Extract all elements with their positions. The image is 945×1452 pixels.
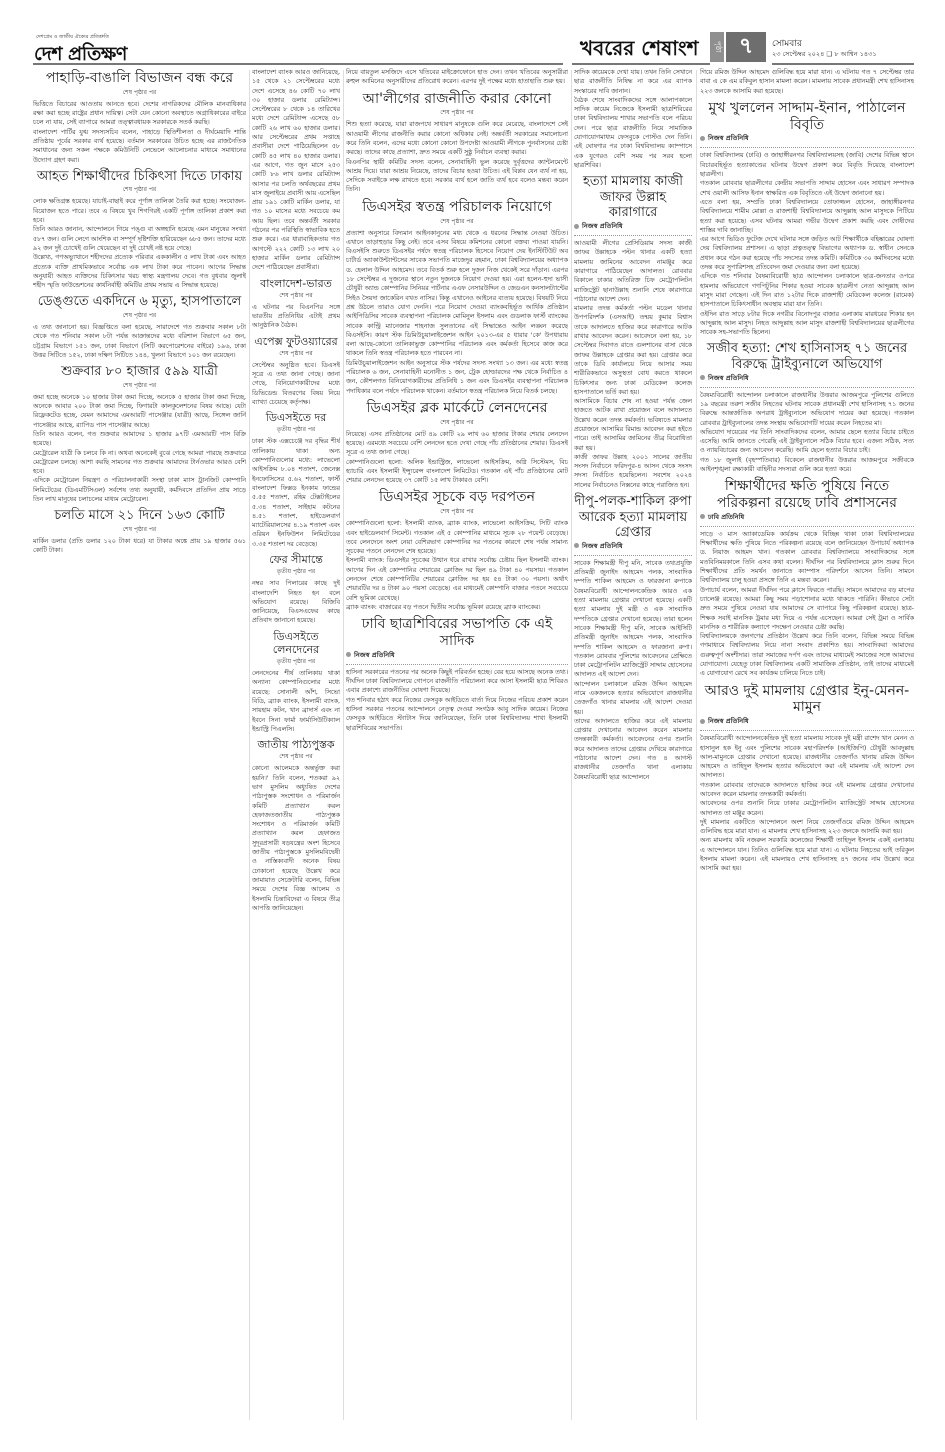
story-headline[interactable]: দীপু-পলক-শাকিল রুপা আরেক হত্যা মামলায় গ…	[574, 494, 692, 541]
page-label-tab: পৃষ্ঠা	[710, 32, 724, 62]
paragraph: মামলার তদন্ত কর্মকর্তা পল্টন মডেল থানার …	[574, 304, 692, 397]
masthead-logo-block: দেশপ্রেম ও জাতীয় ঐক্যের প্রতিশ্রুতি দেশ…	[30, 30, 240, 60]
story-injured-students[interactable]: আহত শিক্ষার্থীদের চিকিৎসা দিতে ঢাকায় শে…	[33, 169, 246, 291]
jump-line: শেষ পৃষ্ঠার পর	[346, 216, 568, 227]
jump-line: শেষ পৃষ্ঠার পর	[33, 524, 246, 535]
page-number: ৭	[726, 32, 766, 62]
paragraph: এর আগে ভিডিও ফুটেজ দেখে ঘটনার সঙ্গে জড়ি…	[700, 235, 914, 272]
paragraph: এদিকে গত শনিবার বৈষম্যবিরোধী ছাত্র আন্দো…	[700, 272, 914, 309]
paragraph: ঢাকা স্টক এক্সচেঞ্জে দর বৃদ্ধির শীর্ষ তা…	[252, 437, 340, 549]
story-headline[interactable]: বাংলাদেশ-ভারত	[252, 277, 340, 290]
paragraph: বিএনপির স্থায়ী কমিটির সদস্য বলেন, সেনাব…	[346, 158, 568, 195]
story-body: কোনো আলেমকে অন্তর্ভুক্ত করা হয়নি।' তিনি…	[252, 764, 340, 913]
paragraph: গত শনিবার হঠাৎ করে নিজের ফেসবুক আইডিতে ব…	[346, 696, 568, 733]
story-kazi-zafar-ullah[interactable]: হত্যা মামলায় কাজী জাফর উল্লাহ কারাগারে …	[574, 174, 692, 490]
jump-line: শেষ পৃষ্ঠার পর	[33, 310, 246, 321]
story-body: সাবেক শিক্ষামন্ত্রী দীপু মনি, সাবেক তথ্য…	[574, 559, 692, 782]
paragraph: বাংলাদেশ পার্টির যুগ্ম সদস্যসচিব বলেন, প…	[33, 128, 246, 165]
bullet-icon	[700, 136, 705, 141]
story-body: লেনদেনের শীর্ষ তালিকায় থাকা অন্যান্য কো…	[252, 669, 340, 734]
paragraph: ব্র্যাক ব্যাংক: বাজারের বড় পতনে দ্বিতীয…	[346, 603, 568, 612]
story-headline[interactable]: হত্যা মামলায় কাজী জাফর উল্লাহ কারাগারে	[574, 174, 692, 221]
column-5: গিয়ে রমিজ উদ্দিন আহমেদ গুলিবিদ্ধ হয়ে ম…	[700, 68, 914, 1428]
jump-line: তৃতীয় পৃষ্ঠার পর	[252, 424, 340, 435]
date-rule	[772, 63, 914, 65]
byline: নিজস্ব প্রতিনিধি	[700, 133, 914, 148]
story-sajib-murder[interactable]: সজীব হত্যা: শেখ হাসিনাসহ ৭১ জনের বিরুদ্ধ…	[700, 341, 914, 474]
byline-text: নিজস্ব প্রতিনিধি	[708, 134, 749, 142]
paragraph: উপাচার্য বলেন, আমরা দীর্ঘদিন পরে ক্লাসে …	[700, 586, 914, 632]
paragraph: লেনদেনের শীর্ষ তালিকায় থাকা অন্যান্য কো…	[252, 669, 340, 734]
story-dse-price[interactable]: ডিএসইতে দর তৃতীয় পৃষ্ঠার পর ঢাকা স্টক এ…	[252, 411, 340, 549]
byline: নিজস্ব প্রতিনিধি	[574, 541, 692, 556]
paragraph: কোনো আলেমকে অন্তর্ভুক্ত করা হয়নি।' তিনি…	[252, 764, 340, 913]
paragraph: বৈঠক শেষে সাংবাদিকদের সঙ্গে আলাপকালে সাদ…	[574, 96, 692, 170]
paragraph: নিয়ে বায়তুল মসজিদে এসে খতিবের মাইক্রোফ…	[346, 68, 568, 87]
jump-line: তৃতীয় পৃষ্ঠার পর	[252, 566, 340, 577]
story-remittance-cont: বাংলাদেশ ব্যাংক আরও জানিয়েছে, ১৫ থেকে ২…	[252, 68, 340, 273]
paragraph: কোম্পানিগুলো হলো: ইসলামী ব্যাংক, ব্র্যাক…	[346, 519, 568, 556]
paragraph: প্রত্যাশা অনুসারে বিদ্যমান আইনকানুনের মধ…	[346, 229, 568, 359]
story-ramij-cont: গিয়ে রমিজ উদ্দিন আহমেদ গুলিবিদ্ধ হয়ে ম…	[700, 68, 914, 96]
paragraph: গিয়ে রমিজ উদ্দিন আহমেদ গুলিবিদ্ধ হয়ে ম…	[700, 68, 914, 96]
bullet-icon	[700, 514, 705, 519]
story-body: আওয়ামী লীগের প্রেসিডিয়াম সদস্য কাজী জা…	[574, 239, 692, 490]
paragraph: গত ১৮ জুলাই (বৃহস্পতিবার) বিকেলে রাজধানী…	[700, 456, 914, 475]
paragraph: বিশ্ববিদ্যালয়কে জনগণের প্রতিষ্ঠান উল্লে…	[700, 632, 914, 678]
story-dse-transactions[interactable]: ডিএসইতে লেনদেনের তৃতীয় পৃষ্ঠার পর লেনদে…	[252, 630, 340, 734]
story-inu-menon-mamun[interactable]: আরও দুই মামলায় গ্রেপ্তার ইনু-মেনন-মামুন…	[700, 683, 914, 874]
paragraph: কাজী জাফর উল্লাহ ২০০১ সালের জাতীয় সংসদ …	[574, 453, 692, 490]
jump-line: শেষ পৃষ্ঠার পর	[346, 107, 568, 118]
story-body: শিশু হত্যা করেছে, যারা রাজপথে সাধারণ মান…	[346, 120, 568, 194]
bullet-icon	[574, 543, 579, 548]
story-headline[interactable]: আ'লীগের রাজনীতি করার কোনো	[346, 91, 568, 108]
paragraph: তিনি আরও বলেন, গত শুক্রবার আমাদের ১ হাজা…	[33, 430, 246, 449]
paragraph: বাংলাদেশ ব্যাংক আরও জানিয়েছে, ১৫ থেকে ২…	[252, 68, 340, 273]
story-headline[interactable]: ডিএসইর স্বতন্ত্র পরিচালক নিয়োগে	[346, 199, 568, 216]
story-headline[interactable]: ডিএসইতে লেনদেনের	[252, 630, 340, 656]
story-apex-footwear[interactable]: এপেক্স ফুটওয়্যারের শেষ পৃষ্ঠার পর সেপ্ট…	[252, 335, 340, 408]
story-headline[interactable]: ডিএসইতে দর	[252, 411, 340, 424]
paragraph: এতে বলা হয়, সম্প্রতি ঢাকা বিশ্ববিদ্যালয…	[700, 198, 914, 235]
paragraph: সাড়ে ৩ মাস অ্যাকাডেমিক কার্যক্রম থেকে ব…	[700, 530, 914, 586]
paragraph: হাসিনা সরকারের পতনের পর অনেক কিছুই পরিবর…	[346, 668, 568, 696]
jump-line: শেষ পৃষ্ঠার পর	[346, 506, 568, 517]
story-body: প্রত্যাশা অনুসারে বিদ্যমান আইনকানুনের মধ…	[346, 229, 568, 396]
story-headline[interactable]: জাতীয় পাঠ্যপুস্তক	[252, 738, 340, 751]
story-dse-independent-director[interactable]: ডিএসইর স্বতন্ত্র পরিচালক নিয়োগে শেষ পৃষ…	[346, 199, 568, 396]
story-awami-league-politics[interactable]: আ'লীগের রাজনীতি করার কোনো শেষ পৃষ্ঠার পর…	[346, 91, 568, 195]
story-bangladesh-india[interactable]: বাংলাদেশ-ভারত শেষ পৃষ্ঠার পর এ ঘটনার পর …	[252, 277, 340, 331]
story-body: কোম্পানিগুলো হলো: ইসলামী ব্যাংক, ব্র্যাক…	[346, 519, 568, 612]
byline: ঢাবি প্রতিনিধি	[700, 512, 914, 527]
story-headline[interactable]: চলতি মাসে ২১ দিনে ১৬৩ কোটি	[33, 508, 246, 524]
story-headline[interactable]: ফের সীমান্তে	[252, 553, 340, 566]
story-body: সাদিক কায়েমকে দেখা যায়। তখন তিনি সেখান…	[574, 68, 692, 170]
story-headline[interactable]: ডিএসইর ব্লক মার্কেটে লেনদেনের	[346, 400, 568, 417]
story-body: নম্বর সাব পিলারের কাছে দুই বাংলাদেশি নিহ…	[252, 579, 340, 625]
column-divider	[343, 70, 344, 1420]
jump-line: শেষ পৃষ্ঠার পর	[33, 184, 246, 195]
paragraph: অভিযোগ দায়েরের পর তিনি সাংবাদিকদের বলেন…	[700, 428, 914, 456]
story-metro-passengers[interactable]: শুক্রবার ৮০ হাজার ৫৯৯ যাত্রী শেষ পৃষ্ঠার…	[33, 364, 246, 504]
story-dse-index-fall[interactable]: ডিএসইর সূচকে বড় দরপতন শেষ পৃষ্ঠার পর কো…	[346, 489, 568, 612]
jump-line: তৃতীয় পৃষ্ঠার পর	[252, 656, 340, 667]
story-body: ঢাকা স্টক এক্সচেঞ্জে দর বৃদ্ধির শীর্ষ তা…	[252, 437, 340, 549]
paragraph: মার্কিন ডলার (প্রতি ডলার ১২০ টাকা ধরে) য…	[33, 537, 246, 556]
jump-line: শেষ পৃষ্ঠার পর	[252, 751, 340, 762]
byline: নিজস্ব প্রতিনিধি	[346, 650, 568, 665]
byline-text: নিজস্ব প্রতিনিধি	[708, 717, 749, 725]
paragraph: আসামিকে বিচার শেষ না হওয়া পর্যন্ত জেল হ…	[574, 397, 692, 453]
paragraph: অন্য মামলায় কবি নজরুল সরকারি কলেজের শিক…	[700, 836, 914, 873]
story-sadik-cont: সাদিক কায়েমকে দেখা যায়। তখন তিনি সেখান…	[574, 68, 692, 170]
story-body: নিয়ে বায়তুল মসজিদে এসে খতিবের মাইক্রোফ…	[346, 68, 568, 87]
issue-date: ২৩ সেপ্টেম্বর ২০২৪ ❑ ৮ আশ্বিন ১৪৩১	[772, 49, 877, 60]
story-body: সাড়ে ৩ মাস অ্যাকাডেমিক কার্যক্রম থেকে ব…	[700, 530, 914, 679]
story-headline[interactable]: পাহাড়ি-বাঙালি বিভাজন বন্ধ করে	[33, 70, 246, 87]
paragraph: তিনি আরও জানান, আন্দোলনে গিয়ে পঙ্গু বা …	[33, 225, 246, 253]
story-headline[interactable]: মুখ খুললেন সাদ্দাম-ইনান, পাঠালেন বিবৃতি	[700, 100, 914, 134]
paragraph: এ তথ্য জানানো হয়। বিজ্ঞপ্তিতে বলা হয়েছ…	[33, 323, 246, 360]
paragraph: আন্দোলন চলাকালে রমিজ উদ্দিন আহমেদ নামে এ…	[574, 680, 692, 717]
column-3: নিয়ে বায়তুল মসজিদে এসে খতিবের মাইক্রোফ…	[346, 68, 568, 1428]
paragraph: মেট্রোরেল যাত্রী কি চলবে কি না। অথবা অনে…	[33, 449, 246, 477]
story-headline[interactable]: ডেঙ্গুতে একদিনে ৬ মৃত্যু, হাসপাতালে	[33, 294, 246, 310]
bullet-icon	[346, 652, 351, 657]
story-body: ঢাকা বিশ্ববিদ্যালয় (ঢাবি) ও জাহাঙ্গীরনগ…	[700, 151, 914, 337]
paragraph: তাদের আদালতে হাজির করে এই মামলায় গ্রেপ্…	[574, 717, 692, 782]
story-body: বৈষম্যবিরোধী আন্দোলনকেন্দ্রিক দুই হত্যা …	[700, 734, 914, 873]
byline-text: ঢাবি প্রতিনিধি	[708, 513, 744, 521]
story-border[interactable]: ফের সীমান্তে তৃতীয় পৃষ্ঠার পর নম্বর সাব…	[252, 553, 340, 626]
story-headline[interactable]: শুক্রবার ৮০ হাজার ৫৯৯ যাত্রী	[33, 364, 246, 380]
column-divider	[249, 70, 250, 1420]
jump-line: শেষ পৃষ্ঠার পর	[252, 348, 340, 359]
paragraph: নিয়েছে। এসব প্রতিষ্ঠানের মোট ৪৯ কোটি ২৯…	[346, 430, 568, 458]
story-shibir-president[interactable]: ঢাবি ছাত্রশিবিরের সভাপতি কে এই সাদিক নিজ…	[346, 616, 568, 733]
paragraph: ওইদিন রাত সাড়ে ৮টার দিকে নগরীর বিনোদপুর…	[700, 310, 914, 338]
column-2: বাংলাদেশ ব্যাংক আরও জানিয়েছে, ১৫ থেকে ২…	[252, 68, 340, 1428]
paragraph: ভিত্তিতে বিচারের আওতায় আনতে হবে। দেশের …	[33, 100, 246, 128]
story-headline[interactable]: এপেক্স ফুটওয়্যারের	[252, 335, 340, 348]
paragraph: লোক ক্ষতিগ্রস্ত হয়েছে। যাচাই-বাছাই করে …	[33, 197, 246, 225]
story-body: লোক ক্ষতিগ্রস্ত হয়েছে। যাচাই-বাছাই করে …	[33, 197, 246, 290]
paragraph: ঢাকা বিশ্ববিদ্যালয় (ঢাবি) ও জাহাঙ্গীরনগ…	[700, 151, 914, 179]
paragraph: বৈষম্যবিরোধী আন্দোলন চলাকালে রাজধানীর উত…	[700, 391, 914, 428]
story-body: নিয়েছে। এসব প্রতিষ্ঠানের মোট ৪৯ কোটি ২৯…	[346, 430, 568, 486]
story-body: ভিত্তিতে বিচারের আওতায় আনতে হবে। দেশের …	[33, 100, 246, 165]
story-headline[interactable]: সজীব হত্যা: শেখ হাসিনাসহ ৭১ জনের বিরুদ্ধ…	[700, 341, 914, 372]
paragraph: নম্বর সাব পিলারের কাছে দুই বাংলাদেশি নিহ…	[252, 579, 340, 625]
byline-text: নিজস্ব প্রতিনিধি	[354, 651, 395, 659]
story-du-students-loss[interactable]: শিক্ষার্থীদের ক্ষতি পুষিয়ে নিতে পরিকল্প…	[700, 478, 914, 678]
story-body: হাসিনা সরকারের পতনের পর অনেক কিছুই পরিবর…	[346, 668, 568, 733]
paragraph: এদিকে মেট্রোরেল নিয়ন্ত্রণ ও পরিচালনাকার…	[33, 476, 246, 504]
jump-line: শেষ পৃষ্ঠার পর	[33, 87, 246, 98]
column-divider	[571, 70, 572, 1420]
byline-text: নিজস্ব প্রতিনিধি	[582, 222, 623, 230]
bullet-icon	[574, 224, 579, 229]
paragraph: গতকাল রোববার তাদেরকে আদালতে হাজির করে এই…	[700, 781, 914, 800]
paragraph: বৈষম্যবিরোধী আন্দোলনকেন্দ্রিক দুই হত্যা …	[700, 734, 914, 780]
jump-line: শেষ পৃষ্ঠার পর	[33, 380, 246, 391]
paragraph: আবেদনের ওপর শুনানি নিয়ে ঢাকার মেট্রোপলি…	[700, 799, 914, 818]
story-saddam-inan[interactable]: মুখ খুললেন সাদ্দাম-ইনান, পাঠালেন বিবৃতি …	[700, 100, 914, 338]
paragraph: সাবেক শিক্ষামন্ত্রী দীপু মনি, সাবেক তথ্য…	[574, 559, 692, 680]
paragraph: ডিমিউচুয়ালাইজেশন আইন অনুসারে স্টক পর্ষদ…	[346, 359, 568, 396]
story-body: গিয়ে রমিজ উদ্দিন আহমেদ গুলিবিদ্ধ হয়ে ম…	[700, 68, 914, 96]
story-body: এ তথ্য জানানো হয়। বিজ্ঞপ্তিতে বলা হয়েছ…	[33, 323, 246, 360]
story-headline[interactable]: ডিএসইর সূচকে বড় দরপতন	[346, 489, 568, 506]
paragraph: কোম্পানিগুলো হলো: অলিক ইন্ডাস্ট্রিজ, লাভ…	[346, 458, 568, 486]
column-4: সাদিক কায়েমকে দেখা যায়। তখন তিনি সেখান…	[574, 68, 692, 1428]
story-headline[interactable]: আহত শিক্ষার্থীদের চিকিৎসা দিতে ঢাকায়	[33, 169, 246, 185]
column-1: পাহাড়ি-বাঙালি বিভাজন বন্ধ করে শেষ পৃষ্ঠ…	[33, 68, 246, 1428]
story-headline[interactable]: ঢাবি ছাত্রশিবিরের সভাপতি কে এই সাদিক	[346, 616, 568, 650]
byline-text: নিজস্ব প্রতিনিধি	[708, 374, 749, 382]
story-body: মার্কিন ডলার (প্রতি ডলার ১২০ টাকা ধরে) য…	[33, 537, 246, 556]
newspaper-page: দেশপ্রেম ও জাতীয় ঐক্যের প্রতিশ্রুতি দেশ…	[0, 0, 945, 1452]
story-pahari-bangali[interactable]: পাহাড়ি-বাঙালি বিভাজন বন্ধ করে শেষ পৃষ্ঠ…	[33, 70, 246, 165]
jump-line: শেষ পৃষ্ঠার পর	[252, 290, 340, 301]
byline: নিজস্ব প্রতিনিধি	[574, 221, 692, 236]
story-dengue[interactable]: ডেঙ্গুতে একদিনে ৬ মৃত্যু, হাসপাতালে শেষ …	[33, 294, 246, 360]
story-headline[interactable]: শিক্ষার্থীদের ক্ষতি পুষিয়ে নিতে পরিকল্প…	[700, 478, 914, 512]
section-rule	[572, 63, 710, 65]
story-body: সেপ্টেম্বর অনুষ্ঠিত হবে। ডিএসই সূত্রে এ …	[252, 361, 340, 407]
paragraph: সেপ্টেম্বর অনুষ্ঠিত হবে। ডিএসই সূত্রে এ …	[252, 361, 340, 407]
story-body: বাংলাদেশ ব্যাংক আরও জানিয়েছে, ১৫ থেকে ২…	[252, 68, 340, 273]
column-divider	[696, 70, 697, 1420]
masthead-rule	[33, 63, 563, 65]
bullet-icon	[700, 375, 705, 380]
byline-text: নিজস্ব প্রতিনিধি	[582, 542, 623, 550]
paragraph: জমা হচ্ছে অনেকে ১০ হাজার টাকা জমা দিচ্ছে…	[33, 393, 246, 430]
paragraph: দুই মামলার একটিতে আন্দোলনে অংশ নিয়ে তেজ…	[700, 818, 914, 837]
paragraph: এ ঘটনার পর বিএনপির সঙ্গে ভারতীয় প্রতিনি…	[252, 303, 340, 331]
story-remittance[interactable]: চলতি মাসে ২১ দিনে ১৬৩ কোটি শেষ পৃষ্ঠার প…	[33, 508, 246, 555]
story-body: বৈষম্যবিরোধী আন্দোলন চলাকালে রাজধানীর উত…	[700, 391, 914, 475]
story-textbook[interactable]: জাতীয় পাঠ্যপুস্তক শেষ পৃষ্ঠার পর কোনো আ…	[252, 738, 340, 913]
story-body: জমা হচ্ছে অনেকে ১০ হাজার টাকা জমা দিচ্ছে…	[33, 393, 246, 505]
paragraph: সাদিক কায়েমকে দেখা যায়। তখন তিনি সেখান…	[574, 68, 692, 96]
paragraph: ইসলামী ব্যাংক: ডিএসইর সূচকের উত্থান ধরে …	[346, 556, 568, 602]
paragraph: আওয়ামী লীগের প্রেসিডিয়াম সদস্য কাজী জা…	[574, 239, 692, 304]
bullet-icon	[700, 719, 705, 724]
story-dipu-palak-shakil[interactable]: দীপু-পলক-শাকিল রুপা আরেক হত্যা মামলায় গ…	[574, 494, 692, 782]
byline: নিজস্ব প্রতিনিধি	[700, 373, 914, 388]
story-mosque-cont: নিয়ে বায়তুল মসজিদে এসে খতিবের মাইক্রোফ…	[346, 68, 568, 87]
story-headline[interactable]: আরও দুই মামলায় গ্রেপ্তার ইনু-মেনন-মামুন	[700, 683, 914, 717]
paragraph: গতকাল রোববার ছাত্রলীগের কেন্দ্রীয় সভাপত…	[700, 179, 914, 198]
byline: নিজস্ব প্রতিনিধি	[700, 716, 914, 731]
paragraph: উল্লেখ্য, গণঅভ্যুত্থানে শহীদদের প্রত্যেক…	[33, 253, 246, 290]
paragraph: শিশু হত্যা করেছে, যারা রাজপথে সাধারণ মান…	[346, 120, 568, 157]
story-dse-block-market[interactable]: ডিএসইর ব্লক মার্কেটে লেনদেনের শেষ পৃষ্ঠা…	[346, 400, 568, 486]
story-body: এ ঘটনার পর বিএনপির সঙ্গে ভারতীয় প্রতিনি…	[252, 303, 340, 331]
jump-line: শেষ পৃষ্ঠার পর	[346, 417, 568, 428]
